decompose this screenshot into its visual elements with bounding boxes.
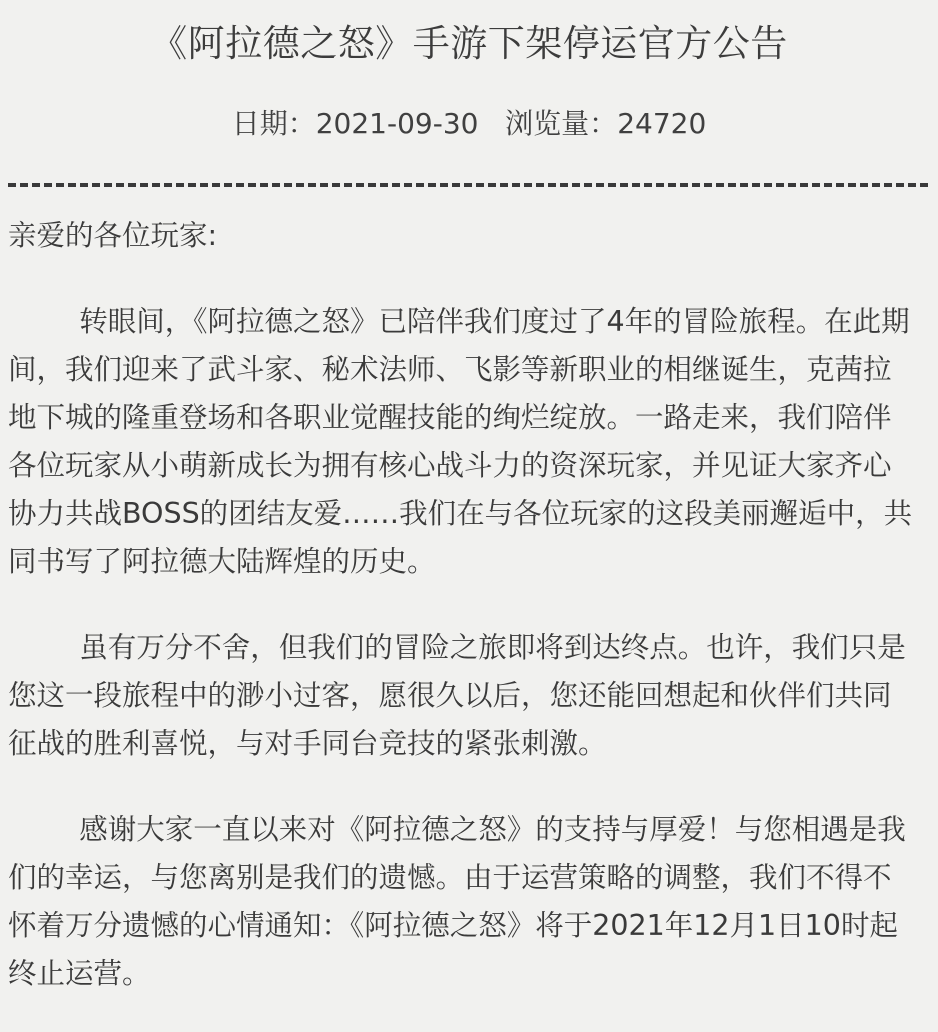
paragraph-2: 虽有万分不舍，但我们的冒险之旅即将到达终点。也许，我们只是您这一段旅程中的渺小过… — [8, 624, 913, 768]
meta-spacer — [478, 107, 505, 140]
paragraph-spacer — [8, 586, 913, 624]
announcement-body: 亲爱的各位玩家: 转眼间，《阿拉德之怒》已陪伴我们度过了4年的冒险旅程。在此期间… — [8, 212, 913, 998]
paragraph-3: 感谢大家一直以来对《阿拉德之怒》的支持与厚爱！与您相遇是我们的幸运，与您离别是我… — [8, 806, 913, 998]
paragraph-spacer — [8, 260, 913, 298]
views-label: 浏览量： — [505, 107, 617, 140]
page-title: 《阿拉德之怒》手游下架停运官方公告 — [0, 14, 938, 74]
date-value: 2021-09-30 — [316, 107, 479, 140]
views-value: 24720 — [617, 107, 706, 140]
paragraph-spacer — [8, 768, 913, 806]
greeting: 亲爱的各位玩家: — [8, 212, 913, 260]
announcement-meta: 日期：2021-09-30 浏览量：24720 — [0, 102, 938, 146]
date-label: 日期： — [232, 107, 316, 140]
paragraph-1: 转眼间，《阿拉德之怒》已陪伴我们度过了4年的冒险旅程。在此期间，我们迎来了武斗家… — [8, 298, 913, 586]
dashed-divider — [8, 183, 928, 187]
